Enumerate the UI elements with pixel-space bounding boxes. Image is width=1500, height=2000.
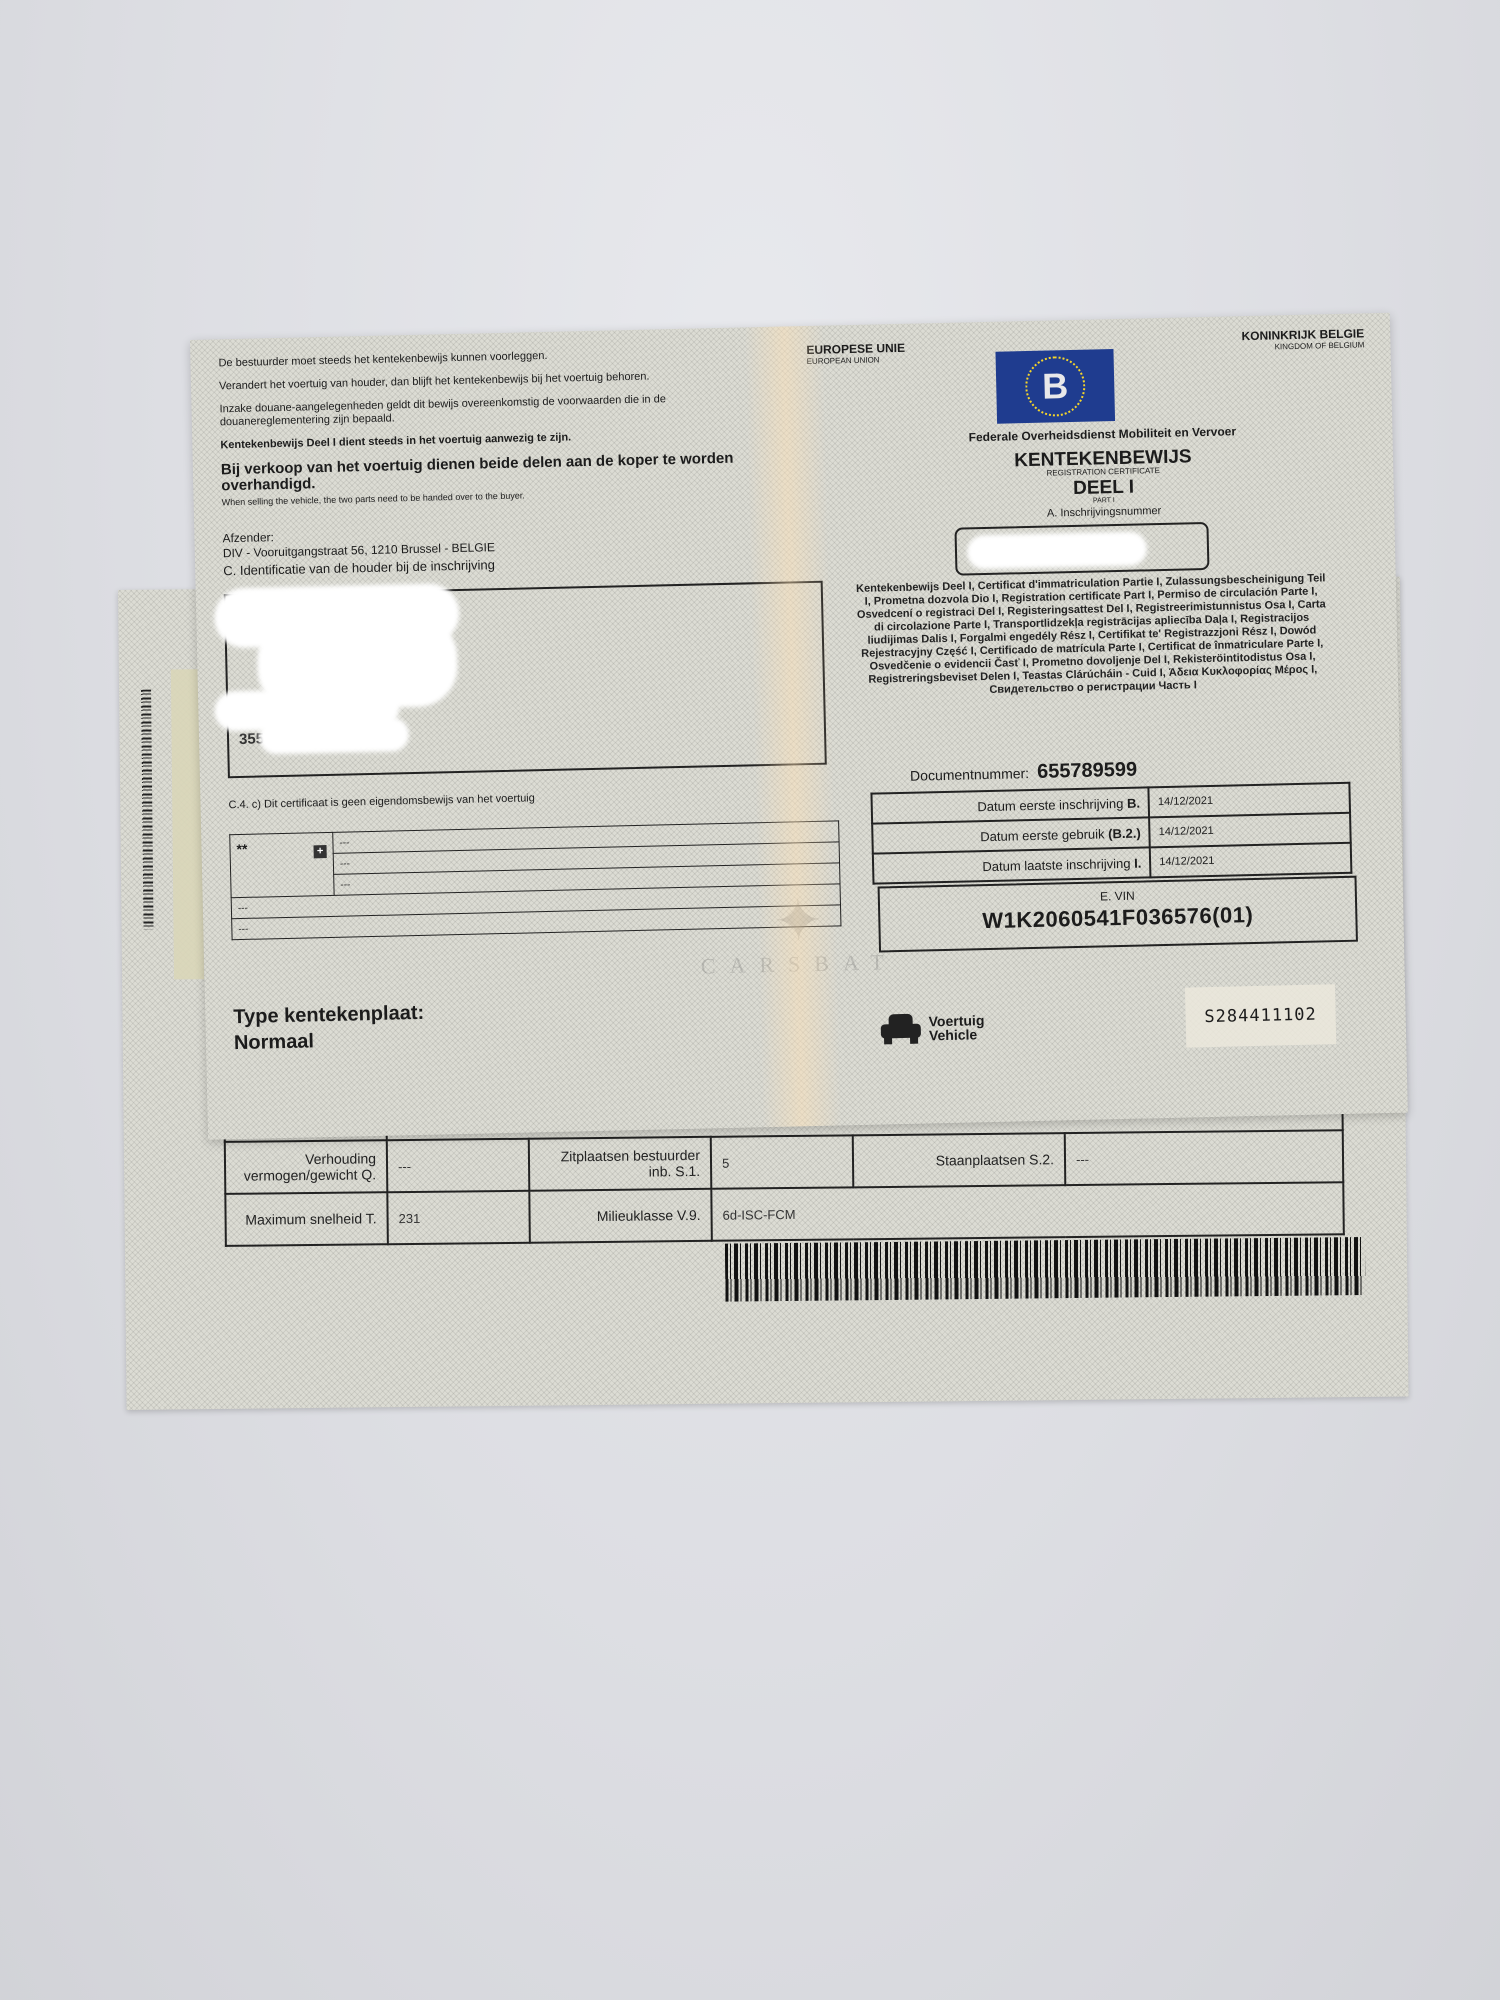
notice-in-vehicle: Kentekenbewijs Deel I dient steeds in he… (220, 428, 740, 453)
spec-label-emission-class: Milieuklasse (597, 1207, 673, 1224)
serial-number: S284411102 (1185, 984, 1336, 1047)
vehicle-label-en: Vehicle (929, 1027, 985, 1042)
multilingual-title: Kentekenbewijs Deel I, Certificat d'imma… (856, 572, 1329, 700)
spec-value-standing: --- (1065, 1130, 1344, 1185)
document-barcode (725, 1237, 1366, 1302)
spec-value-seats: 5 (711, 1135, 854, 1188)
country-letter: B (1042, 365, 1069, 408)
document-title: KENTEKENBEWIJS REGISTRATION CERTIFICATE … (903, 445, 1304, 523)
plate-type-value: Normaal (234, 1026, 425, 1056)
spec-value-power-weight: --- (387, 1139, 530, 1192)
date-first-use: 14/12/2021 (1149, 813, 1350, 848)
holder-identification-box: EMA 3550 (224, 581, 827, 779)
date-last-registration: 14/12/2021 (1150, 843, 1351, 878)
kingdom-label: KONINKRIJK BELGIE KINGDOM OF BELGIUM (1241, 327, 1364, 354)
left-panel: De bestuurder moet steeds het kentekenbe… (190, 327, 798, 1140)
issuing-agency: Federale Overheidsdienst Mobiliteit en V… (902, 423, 1302, 446)
notice-line: Inzake douane-aangelegenheden geldt dit … (219, 392, 739, 430)
spec-value-max-speed: 231 (387, 1191, 530, 1244)
spec-label-standing: Staanplaatsen (936, 1152, 1026, 1169)
notice-line: Verandert het voertuig van houder, dan b… (219, 369, 739, 394)
spec-label-max-speed: Maximum snelheid (245, 1210, 362, 1227)
date-label: Datum eerste inschrijving (977, 795, 1123, 813)
date-first-registration: 14/12/2021 (1149, 783, 1350, 818)
registration-number-box (954, 522, 1209, 576)
ownership-disclaimer: C.4. c) Dit certificaat is geen eigendom… (228, 792, 535, 811)
spec-label-power-weight: Verhouding vermogen/gewicht (244, 1150, 376, 1183)
right-panel: EUROPESE UNIE EUROPEAN UNION B KONINKRIJ… (780, 313, 1408, 1127)
vehicle-label: Voertuig Vehicle (880, 1012, 984, 1044)
registration-dates-table: Datum eerste inschrijving B. 14/12/2021 … (870, 782, 1352, 885)
document-number-label: Documentnummer: (910, 765, 1029, 784)
document-number: Documentnummer:655789599 (910, 759, 1138, 787)
side-barcode (141, 690, 154, 930)
date-label: Datum eerste gebruik (980, 826, 1105, 844)
redaction-mark (259, 717, 410, 754)
table-row: Maximum snelheid T. 231 Milieuklasse V.9… (225, 1182, 1343, 1246)
marker-asterisks: ** (236, 841, 247, 857)
date-label: Datum laatste inschrijving (982, 855, 1130, 873)
vin-box: E. VIN W1K2060541F036576(01) (878, 876, 1358, 953)
plate-type-label: Type kentekenplaat: (233, 1000, 424, 1030)
registration-part-one-sheet: De bestuurder moet steeds het kentekenbe… (190, 313, 1408, 1140)
plus-icon: + (313, 845, 326, 858)
eu-label: EUROPESE UNIE EUROPEAN UNION (806, 342, 905, 368)
document-number-value: 655789599 (1037, 759, 1138, 783)
car-icon (880, 1014, 921, 1045)
redaction-mark (967, 531, 1148, 569)
plate-type: Type kentekenplaat: Normaal (233, 1000, 425, 1056)
eu-belgium-flag-icon: B (995, 349, 1115, 424)
spec-value-emission-class: 6d-ISC-FCM (711, 1182, 1344, 1241)
